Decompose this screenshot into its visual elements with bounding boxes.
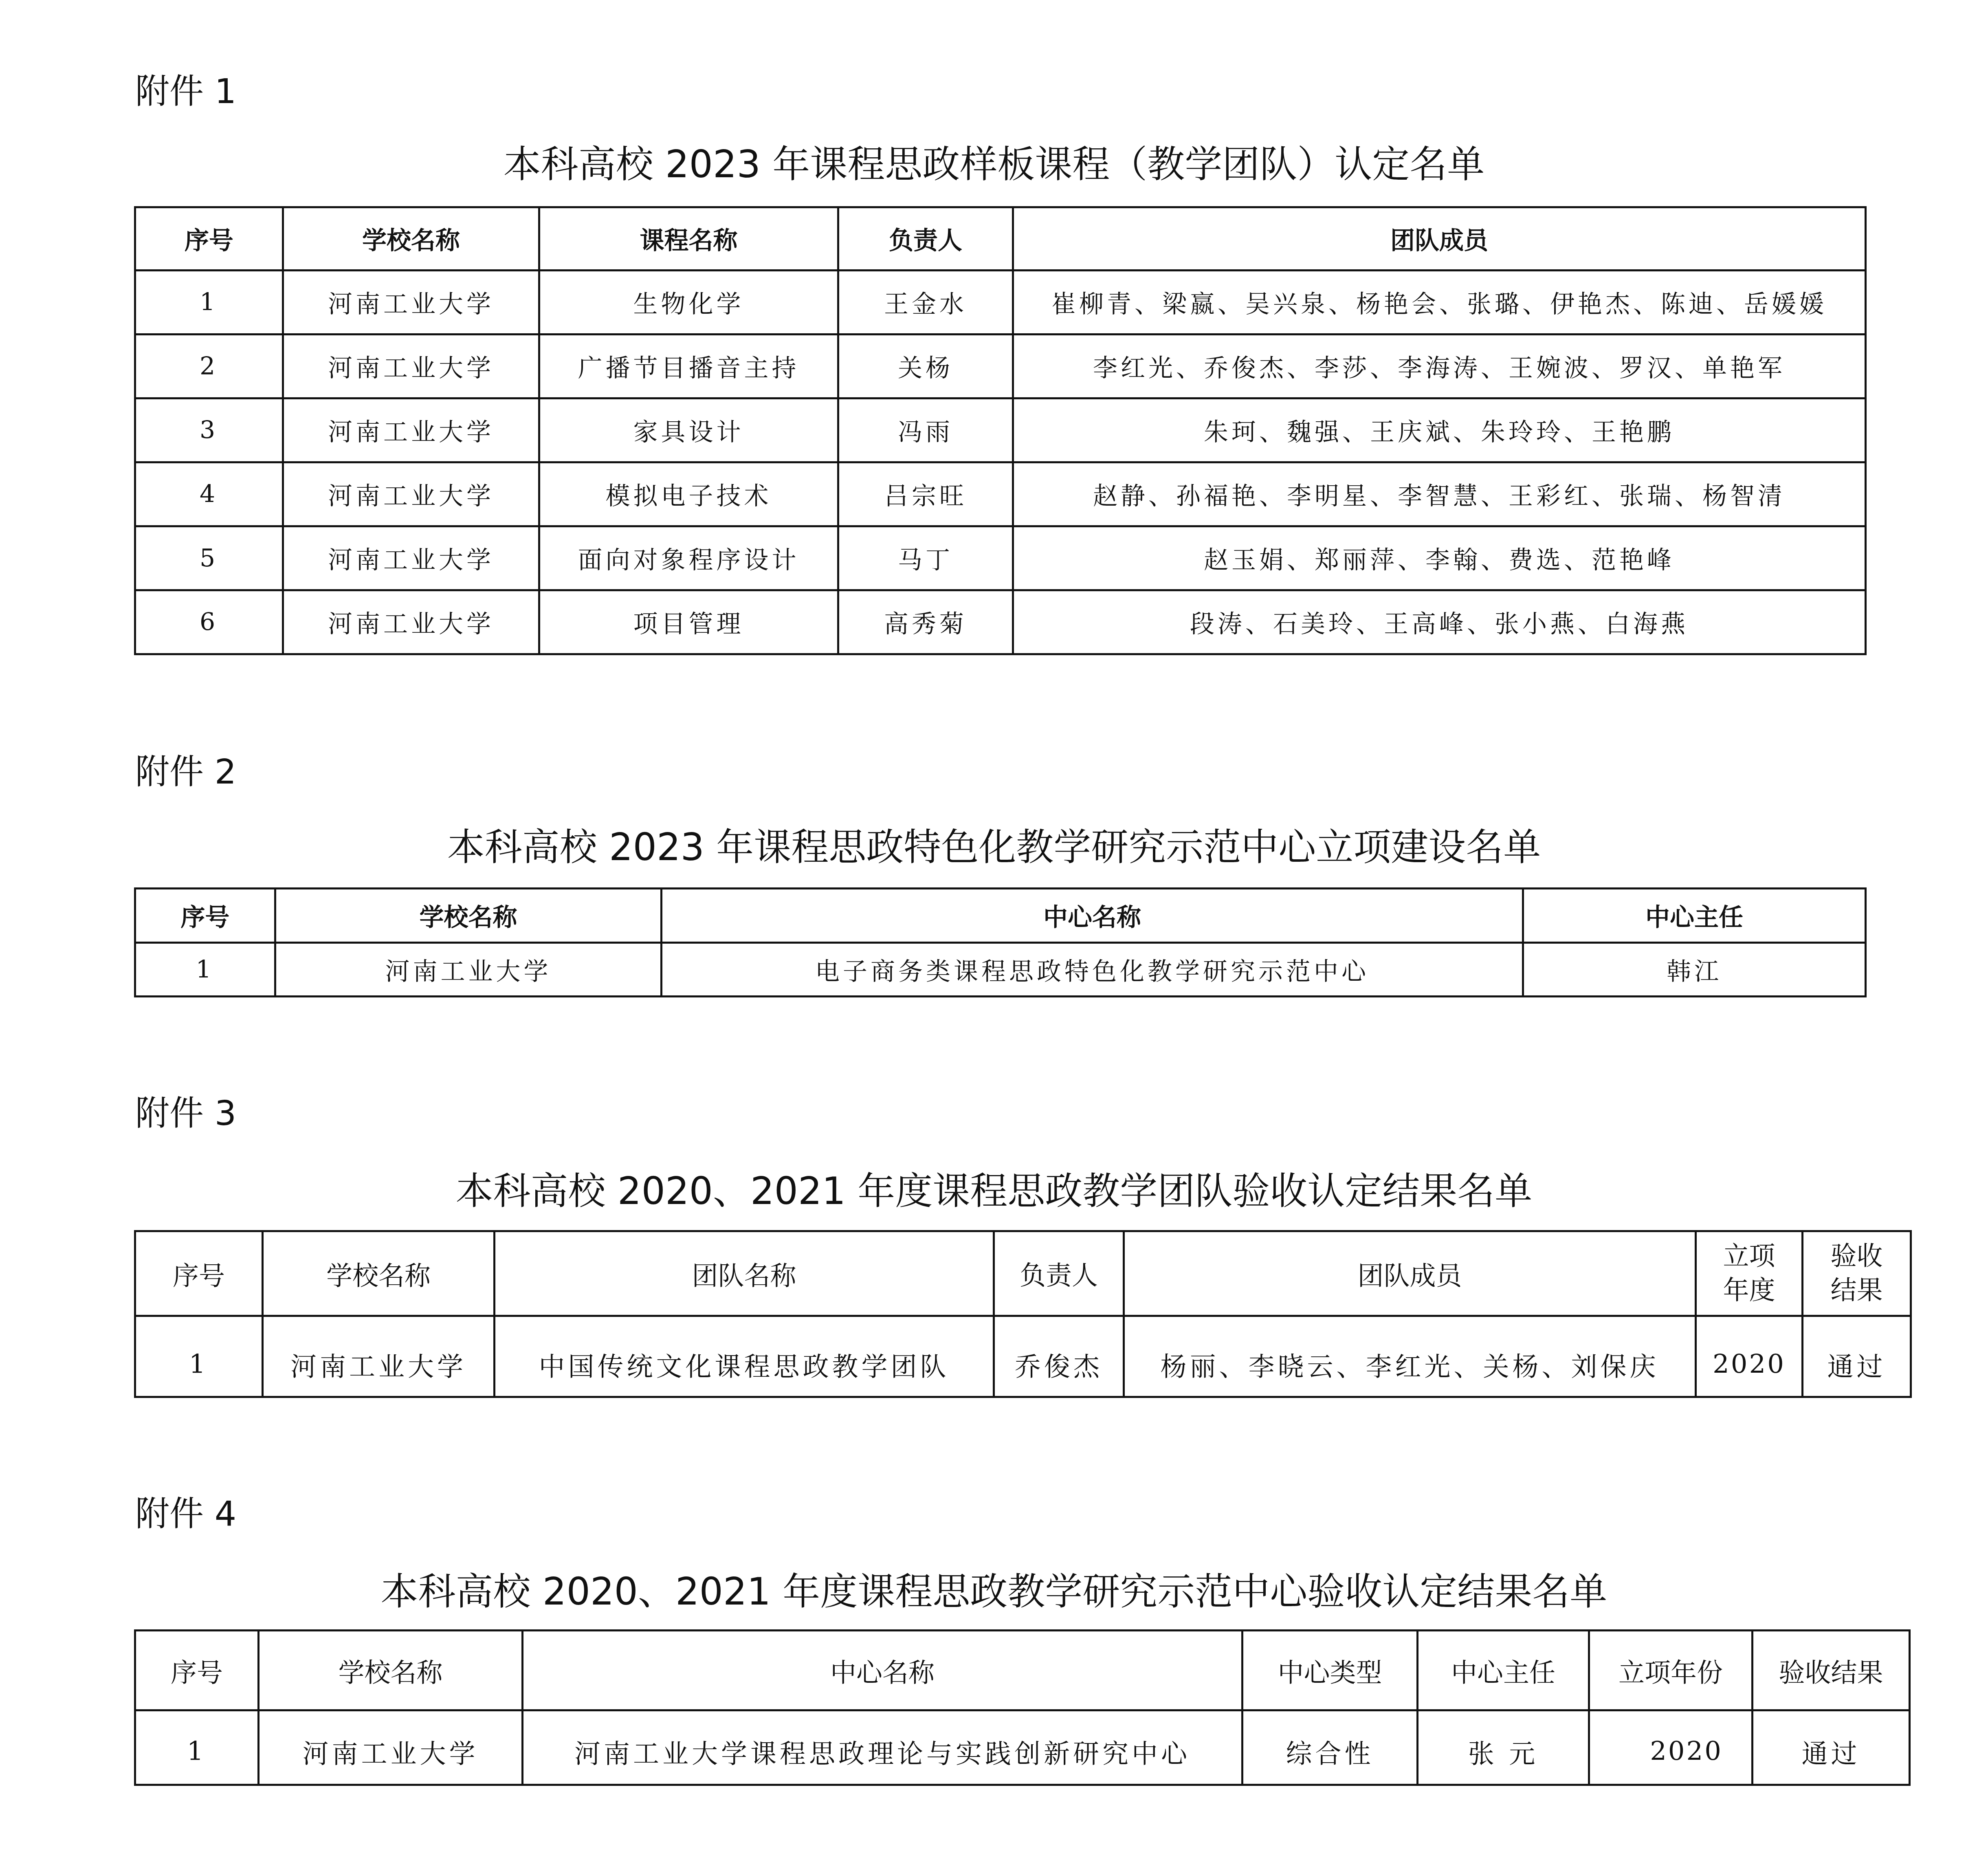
cell-leader: 关杨 [838,335,1013,398]
cell-members: 李红光、乔俊杰、李莎、李海涛、王婉波、罗汉、单艳军 [1013,335,1866,398]
header-director: 中心主任 [1523,889,1866,943]
header-result: 验收结果 [1753,1631,1910,1710]
cell-leader: 吕宗旺 [838,462,1013,526]
annex-4-label: 附件 4 [135,1497,236,1531]
table-row: 3 河南工业大学 家具设计 冯雨 朱珂、魏强、王庆斌、朱玲玲、王艳鹏 [135,398,1866,462]
header-no: 序号 [135,889,275,943]
header-no: 序号 [135,1231,263,1316]
cell-school: 河南工业大学 [283,398,539,462]
header-course: 课程名称 [539,207,838,271]
table-row: 1 河南工业大学 河南工业大学课程思政理论与实践创新研究中心 综合性 张 元 2… [135,1710,1910,1785]
cell-result: 通过 [1803,1316,1911,1397]
header-members: 团队成员 [1124,1231,1696,1316]
cell-leader: 乔俊杰 [994,1316,1124,1397]
cell-no: 6 [135,590,283,654]
cell-course: 模拟电子技术 [539,462,838,526]
header-school: 学校名称 [259,1631,523,1710]
cell-leader: 马丁 [838,526,1013,590]
cell-members: 赵静、孙福艳、李明星、李智慧、王彩红、张瑞、杨智清 [1013,462,1866,526]
header-result-line-1: 验收 [1803,1239,1910,1273]
cell-members: 段涛、石美玲、王高峰、张小燕、白海燕 [1013,590,1866,654]
cell-members: 崔柳青、梁嬴、吴兴泉、杨艳会、张璐、伊艳杰、陈迪、岳媛媛 [1013,271,1866,335]
annex-1-title: 本科高校 2023 年课程思政样板课程（教学团队）认定名单 [0,146,1988,183]
header-year-line-1: 立项 [1697,1239,1801,1273]
cell-members: 杨丽、李晓云、李红光、关杨、刘保庆 [1124,1316,1696,1397]
annex-1-table: 序号 学校名称 课程名称 负责人 团队成员 1 河南工业大学 生物化学 王金水 … [134,206,1867,655]
header-leader: 负责人 [994,1231,1124,1316]
cell-no: 4 [135,462,283,526]
header-director: 中心主任 [1418,1631,1589,1710]
header-no: 序号 [135,207,283,271]
cell-no: 1 [135,1710,259,1785]
header-year-line-2: 年度 [1697,1274,1801,1308]
header-school: 学校名称 [283,207,539,271]
header-school: 学校名称 [275,889,662,943]
cell-leader: 王金水 [838,271,1013,335]
header-year: 立项年份 [1589,1631,1753,1710]
cell-no: 5 [135,526,283,590]
table-row: 1 河南工业大学 中国传统文化课程思政教学团队 乔俊杰 杨丽、李晓云、李红光、关… [135,1316,1911,1397]
header-result-line-2: 结果 [1803,1274,1910,1308]
table-header-row: 序号 学校名称 课程名称 负责人 团队成员 [135,207,1866,271]
annex-4-table: 序号 学校名称 中心名称 中心类型 中心主任 立项年份 验收结果 1 河南工业大… [134,1629,1911,1786]
annex-2-table: 序号 学校名称 中心名称 中心主任 1 河南工业大学 电子商务类课程思政特色化教… [134,887,1867,997]
header-result: 验收 结果 [1803,1231,1911,1316]
cell-year: 2020 [1696,1316,1803,1397]
cell-leader: 冯雨 [838,398,1013,462]
annex-2-label: 附件 2 [135,755,236,789]
cell-school: 河南工业大学 [275,943,662,997]
cell-no: 1 [135,943,275,997]
cell-no: 1 [135,1316,263,1397]
annex-2-title: 本科高校 2023 年课程思政特色化教学研究示范中心立项建设名单 [0,829,1988,866]
header-year: 立项 年度 [1696,1231,1803,1316]
header-school: 学校名称 [263,1231,495,1316]
header-members: 团队成员 [1013,207,1866,271]
cell-members: 赵玉娟、郑丽萍、李翰、费选、范艳峰 [1013,526,1866,590]
header-no: 序号 [135,1631,259,1710]
annex-1-label: 附件 1 [135,74,236,108]
cell-type: 综合性 [1242,1710,1418,1785]
cell-school: 河南工业大学 [283,590,539,654]
cell-director: 韩江 [1523,943,1866,997]
annex-3-label: 附件 3 [135,1096,236,1130]
table-row: 1 河南工业大学 电子商务类课程思政特色化教学研究示范中心 韩江 [135,943,1866,997]
table-header-row: 序号 学校名称 中心名称 中心类型 中心主任 立项年份 验收结果 [135,1631,1910,1710]
cell-school: 河南工业大学 [283,335,539,398]
table-row: 6 河南工业大学 项目管理 高秀菊 段涛、石美玲、王高峰、张小燕、白海燕 [135,590,1866,654]
cell-director: 张 元 [1418,1710,1589,1785]
header-team: 团队名称 [495,1231,994,1316]
cell-result: 通过 [1753,1710,1910,1785]
cell-course: 广播节目播音主持 [539,335,838,398]
cell-no: 3 [135,398,283,462]
cell-team: 中国传统文化课程思政教学团队 [495,1316,994,1397]
table-header-row: 序号 学校名称 团队名称 负责人 团队成员 立项 年度 验收 结果 [135,1231,1911,1316]
table-header-row: 序号 学校名称 中心名称 中心主任 [135,889,1866,943]
cell-year: 2020 [1589,1710,1753,1785]
table-row: 2 河南工业大学 广播节目播音主持 关杨 李红光、乔俊杰、李莎、李海涛、王婉波、… [135,335,1866,398]
cell-school: 河南工业大学 [283,526,539,590]
cell-course: 家具设计 [539,398,838,462]
cell-course: 面向对象程序设计 [539,526,838,590]
header-center: 中心名称 [523,1631,1242,1710]
cell-course: 项目管理 [539,590,838,654]
header-type: 中心类型 [1242,1631,1418,1710]
cell-school: 河南工业大学 [283,271,539,335]
header-center: 中心名称 [662,889,1523,943]
cell-course: 生物化学 [539,271,838,335]
cell-school: 河南工业大学 [283,462,539,526]
annex-4-title: 本科高校 2020、2021 年度课程思政教学研究示范中心验收认定结果名单 [0,1573,1988,1611]
cell-school: 河南工业大学 [259,1710,523,1785]
cell-center: 河南工业大学课程思政理论与实践创新研究中心 [523,1710,1242,1785]
annex-3-title: 本科高校 2020、2021 年度课程思政教学团队验收认定结果名单 [0,1173,1988,1210]
cell-members: 朱珂、魏强、王庆斌、朱玲玲、王艳鹏 [1013,398,1866,462]
header-leader: 负责人 [838,207,1013,271]
table-row: 1 河南工业大学 生物化学 王金水 崔柳青、梁嬴、吴兴泉、杨艳会、张璐、伊艳杰、… [135,271,1866,335]
cell-leader: 高秀菊 [838,590,1013,654]
cell-no: 2 [135,335,283,398]
cell-center: 电子商务类课程思政特色化教学研究示范中心 [662,943,1523,997]
cell-no: 1 [135,271,283,335]
annex-3-table: 序号 学校名称 团队名称 负责人 团队成员 立项 年度 验收 结果 1 河南工业… [134,1230,1912,1398]
table-row: 5 河南工业大学 面向对象程序设计 马丁 赵玉娟、郑丽萍、李翰、费选、范艳峰 [135,526,1866,590]
cell-school: 河南工业大学 [263,1316,495,1397]
table-row: 4 河南工业大学 模拟电子技术 吕宗旺 赵静、孙福艳、李明星、李智慧、王彩红、张… [135,462,1866,526]
